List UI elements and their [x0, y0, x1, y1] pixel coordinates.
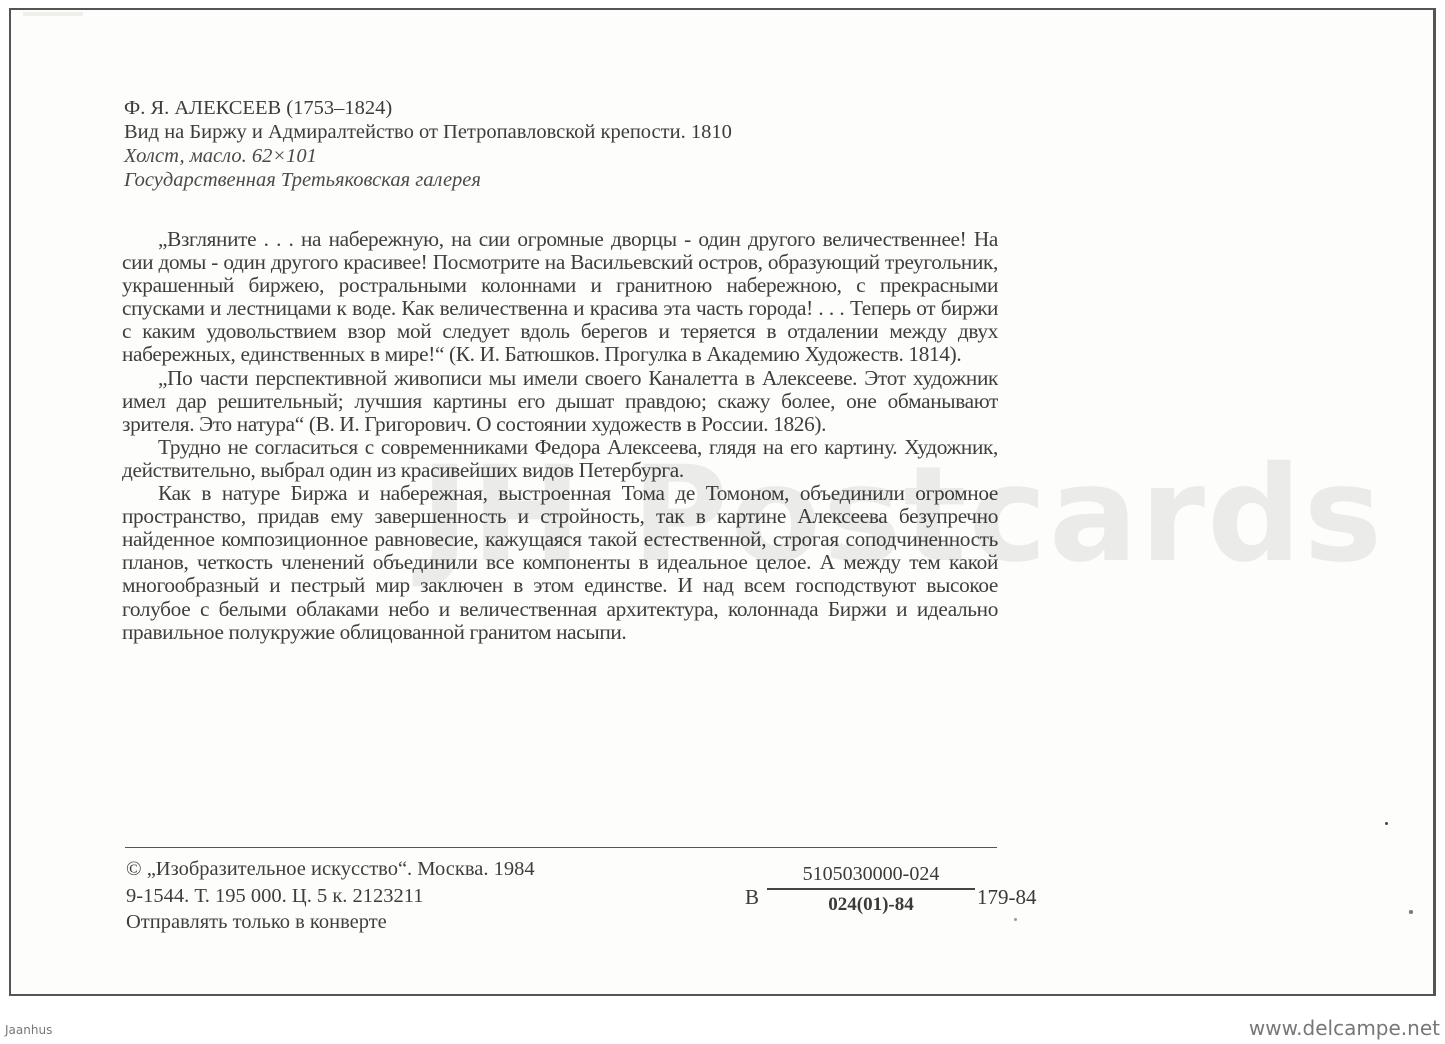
catalog-fraction: 5105030000-024 024(01)-84	[767, 863, 975, 916]
catalog-letter: В	[745, 885, 759, 910]
artwork-medium: Холст, масло. 62×101	[124, 144, 732, 168]
site-link[interactable]: www.delcampe.net	[1249, 1016, 1440, 1040]
paragraph-commentary: Трудно не согласиться с современниками Ф…	[122, 436, 998, 482]
scan-edge-shadow	[23, 12, 83, 16]
scan-speck	[1409, 910, 1413, 914]
fraction-bar	[767, 888, 975, 890]
publisher-line: © „Изобразительное искусство“. Москва. 1…	[126, 856, 535, 883]
mailing-note: Отправлять только в конверте	[126, 909, 535, 936]
scan-speck	[1385, 822, 1388, 825]
divider-line	[125, 847, 997, 848]
catalog-code-suffix: 179-84	[977, 885, 1037, 910]
quote-batyushkov: „Взгляните . . . на набережную, на сии о…	[122, 228, 998, 367]
artwork-caption: Ф. Я. АЛЕКСЕЕВ (1753–1824) Вид на Биржу …	[124, 96, 732, 192]
artwork-title: Вид на Биржу и Адмиралтейство от Петропа…	[124, 120, 732, 144]
artist-name: Ф. Я. АЛЕКСЕЕВ (1753–1824)	[124, 96, 732, 120]
publisher-imprint: © „Изобразительное искусство“. Москва. 1…	[126, 856, 535, 936]
catalog-numerator: 5105030000-024	[767, 863, 975, 885]
artwork-collection: Государственная Третьяковская галерея	[124, 168, 732, 192]
quote-grigorovich: „По части перспективной живописи мы имел…	[122, 367, 998, 436]
description-text: „Взгляните . . . на набережную, на сии о…	[122, 228, 998, 644]
uploader-credit: Jaanhus	[5, 1023, 52, 1037]
catalog-denominator: 024(01)-84	[767, 894, 975, 916]
scan-speck	[1014, 918, 1017, 921]
print-info: 9-1544. Т. 195 000. Ц. 5 к. 2123211	[126, 883, 535, 910]
paragraph-analysis: Как в натуре Биржа и набережная, выстрое…	[122, 482, 998, 644]
